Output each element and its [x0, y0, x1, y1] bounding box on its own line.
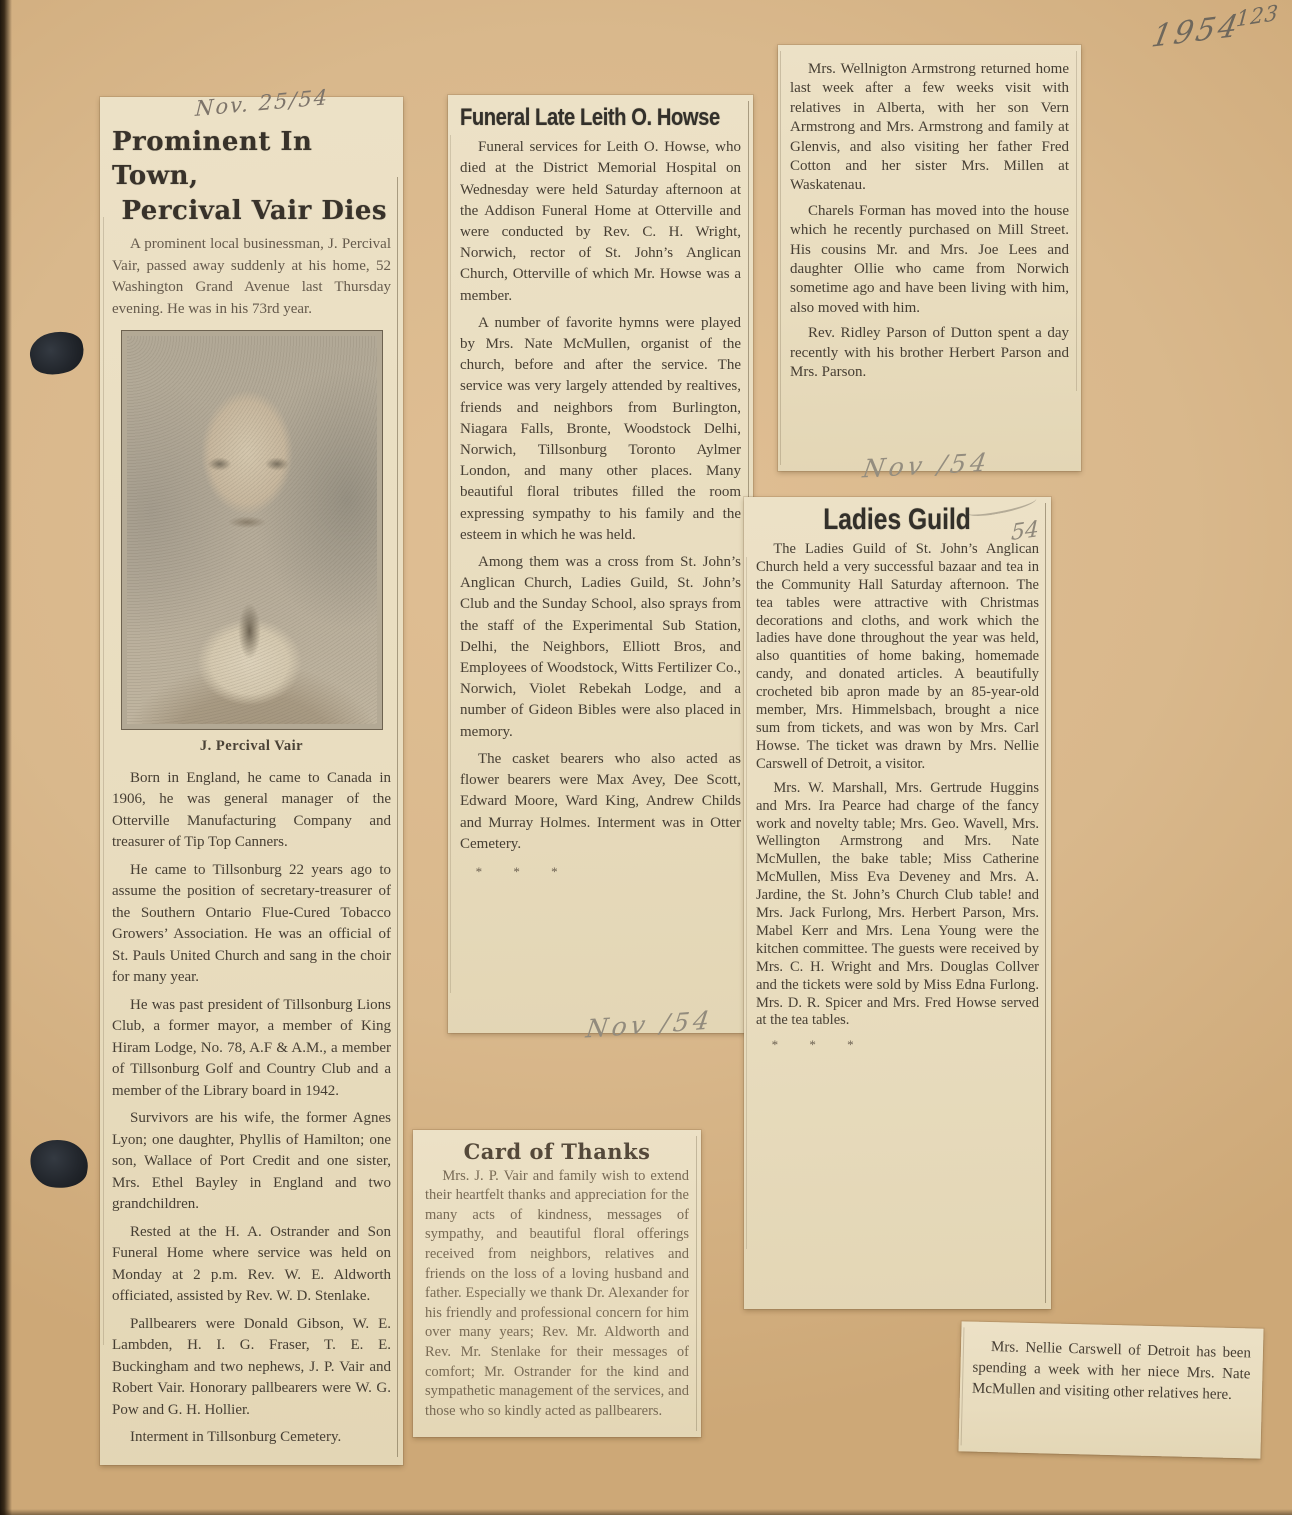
column-rule: [103, 217, 104, 1345]
column-rule: [450, 135, 451, 993]
clipping-carswell-brief: Mrs. Nellie Carswell of Detroit has been…: [958, 1321, 1263, 1458]
thanks-headline: Card of Thanks: [425, 1142, 689, 1162]
column-rule: [696, 1136, 697, 1431]
howse-paragraph: The casket bearers who also acted as flo…: [460, 749, 741, 855]
clipping-card-of-thanks: Card of Thanks Mrs. J. P. Vair and famil…: [413, 1130, 701, 1437]
handwritten-date-locals: Nov /54: [862, 452, 992, 478]
hole-punch-top: [26, 326, 89, 380]
vair-paragraph: Interment in Tillsonburg Cemetery.: [112, 1427, 391, 1449]
howse-headline: Funeral Late Leith O. Howse: [460, 107, 720, 128]
column-rule: [397, 177, 398, 1457]
clipping-howse-funeral: Funeral Late Leith O. Howse Funeral serv…: [448, 95, 753, 1033]
portrait-photo-halftone: [127, 336, 377, 724]
clipping-ladies-guild: 54 Ladies Guild The Ladies Guild of St. …: [744, 497, 1051, 1309]
vair-paragraph: He came to Tillsonburg 22 years ago to a…: [112, 860, 391, 989]
column-rule: [1045, 503, 1046, 1303]
howse-paragraph: Funeral services for Leith O. Howse, who…: [460, 137, 741, 307]
guild-paragraph: Mrs. W. Marshall, Mrs. Gertrude Huggins …: [756, 780, 1039, 1031]
vair-headline-line2: Percival Vair Dies: [112, 193, 391, 229]
howse-paragraph: A number of favorite hymns were played b…: [460, 313, 741, 546]
column-rule: [746, 557, 747, 1249]
vair-paragraph: Rested at the H. A. Ostrander and Son Fu…: [112, 1222, 391, 1308]
vair-headline-line1: Prominent In Town,: [112, 125, 391, 193]
portrait-photo: [121, 330, 383, 730]
guild-headline: Ladies Guild: [824, 511, 972, 529]
vair-paragraph: He was past president of Tillsonburg Lio…: [112, 995, 391, 1103]
handwritten-date-vair: Nov. 25/54: [195, 87, 330, 120]
handwritten-page-number: 123: [1235, 0, 1280, 31]
vair-paragraph: Pallbearers were Donald Gibson, W. E. La…: [112, 1314, 391, 1422]
column-rule: [780, 51, 781, 465]
photo-caption: J. Percival Vair: [112, 736, 391, 758]
section-divider-asterisks: * * *: [756, 1036, 1039, 1054]
locals-paragraph: Charels Forman has moved into the house …: [790, 202, 1069, 318]
handwritten-date-howse: Nov /54: [584, 1009, 714, 1039]
locals-paragraph: Mrs. Wellnigton Armstrong returned home …: [790, 60, 1069, 196]
hole-punch-bottom: [27, 1136, 92, 1192]
column-rule: [961, 1327, 965, 1445]
carswell-body: Mrs. Nellie Carswell of Detroit has been…: [972, 1337, 1251, 1407]
handwritten-note-guild: 54: [1011, 521, 1039, 543]
vair-paragraph: Born in England, he came to Canada in 19…: [112, 768, 391, 854]
howse-paragraph: Among them was a cross from St. John’s A…: [460, 552, 741, 743]
vair-paragraph: Survivors are his wife, the former Agnes…: [112, 1108, 391, 1216]
clipping-vair-obituary: Nov. 25/54 Prominent In Town, Percival V…: [100, 97, 403, 1465]
locals-paragraph: Rev. Ridley Parson of Dutton spent a day…: [790, 324, 1069, 382]
thanks-body: Mrs. J. P. Vair and family wish to exten…: [425, 1167, 689, 1422]
clipping-local-news: Mrs. Wellnigton Armstrong returned home …: [778, 45, 1081, 471]
column-rule: [1076, 51, 1077, 391]
section-divider-asterisks: * * *: [460, 861, 741, 882]
page-bottom-shadow: [0, 1509, 1292, 1515]
guild-paragraph: The Ladies Guild of St. John’s Anglican …: [756, 541, 1039, 774]
page-edge-shadow: [0, 0, 12, 1515]
scrapbook-page: 1954 123 Nov. 25/54 Prominent In Town, P…: [0, 0, 1292, 1515]
vair-intro-paragraph: A prominent local businessman, J. Perciv…: [112, 234, 391, 320]
handwritten-year: 1954: [1149, 8, 1244, 55]
